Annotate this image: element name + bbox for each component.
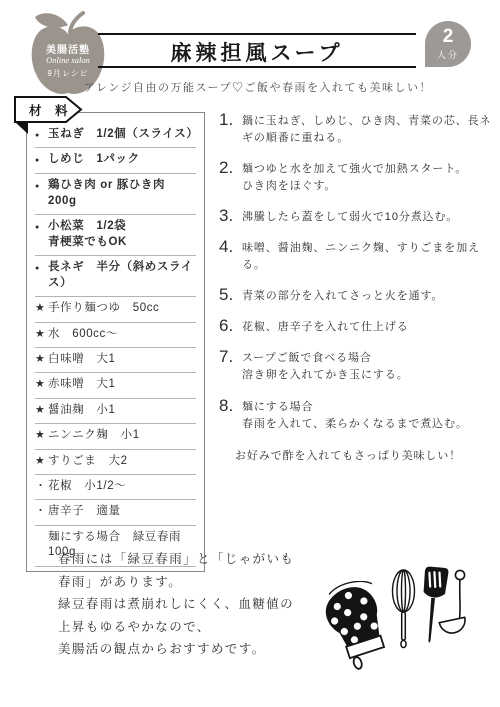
bullet: ●: [35, 260, 48, 274]
ingredients-ribbon: 材 料: [14, 95, 86, 137]
step-number: 6.: [219, 316, 242, 336]
ingredient-row: ●しめじ 1パック: [35, 148, 196, 173]
step-text: 味噌、醤油麹、ニンニク麹、すりごまを加え る。: [242, 237, 480, 274]
bullet: ・: [35, 479, 48, 494]
ingredient-row: ●長ネギ 半分（斜めスライス）: [35, 256, 196, 297]
servings-number: 2: [443, 27, 454, 46]
bullet: ●: [35, 219, 48, 233]
step-text: 沸騰したら蓋をして弱火で10分煮込む。: [242, 206, 458, 226]
ingredient-text: 醤油麹 小1: [48, 403, 116, 419]
step-6: 6.花椒、唐辛子を入れて仕上げる: [219, 316, 497, 336]
ingredient-row: ★赤味噌 大1: [35, 373, 196, 398]
step-5: 5.青菜の部分を入れてさっと火を通す。: [219, 285, 497, 305]
ingredient-text: 手作り麺つゆ 50cc: [48, 301, 159, 317]
bullet: ★: [35, 454, 48, 469]
whisk-icon: [391, 566, 416, 650]
step-text: 鍋に玉ねぎ、しめじ、ひき肉、青菜の芯、長ネ ギの順番に重ねる。: [242, 110, 491, 147]
bullet: ・: [35, 504, 48, 519]
bullet: ★: [35, 301, 48, 316]
ingredient-row: ・花椒 小1/2〜: [35, 475, 196, 500]
ingredient-row: ★水 600cc〜: [35, 323, 196, 348]
ingredient-text: ニンニク麹 小1: [48, 428, 140, 444]
ingredient-text: 花椒 小1/2〜: [48, 479, 126, 495]
step-text: スープご飯で食べる場合 溶き卵を入れてかき玉にする。: [242, 347, 409, 384]
ingredient-text: しめじ 1パック: [48, 152, 140, 168]
ingredient-text: 水 600cc〜: [48, 327, 118, 343]
bullet: ★: [35, 377, 48, 392]
recipe-subtitle: アレンジ自由の万能スープ♡ご飯や春雨を入れても美味しい！: [8, 79, 500, 95]
ingredient-row: ★すりごま 大2: [35, 450, 196, 475]
step-8: 8.麺にする場合 春雨を入れて、柔らかくなるまで煮込む。: [219, 396, 497, 433]
bullet: ●: [35, 152, 48, 166]
step-4: 4.味噌、醤油麹、ニンニク麹、すりごまを加え る。: [219, 237, 497, 274]
step-number: 5.: [219, 285, 242, 305]
ingredient-row: ★醤油麹 小1: [35, 399, 196, 424]
ingredients-label: 材 料: [29, 101, 72, 119]
ingredient-text: 赤味噌 大1: [48, 377, 116, 393]
bullet: ★: [35, 352, 48, 367]
step-3: 3.沸騰したら蓋をして弱火で10分煮込む。: [219, 206, 497, 226]
step-7: 7.スープご飯で食べる場合 溶き卵を入れてかき玉にする。: [219, 347, 497, 384]
step-number: 7.: [219, 347, 242, 384]
step-number: 4.: [219, 237, 242, 274]
step-2: 2.麺つゆと水を加えて強火で加熱スタート。 ひき肉をほぐす。: [219, 158, 497, 195]
ingredient-text: 白味噌 大1: [48, 352, 116, 368]
step-text: 麺にする場合 春雨を入れて、柔らかくなるまで煮込む。: [242, 396, 468, 433]
step-text: 花椒、唐辛子を入れて仕上げる: [242, 316, 409, 336]
ingredients-box: ●玉ねぎ 1/2個（スライス） ●しめじ 1パック ●鶏ひき肉 or 豚ひき肉 …: [26, 112, 205, 572]
ingredient-row: ●鶏ひき肉 or 豚ひき肉 200g: [35, 174, 196, 215]
page-title: 麻辣担風スープ: [98, 37, 416, 67]
step-1: 1.鍋に玉ねぎ、しめじ、ひき肉、青菜の芯、長ネ ギの順番に重ねる。: [219, 110, 497, 147]
title-rule-bottom: [98, 66, 416, 68]
step-number: 8.: [219, 396, 242, 433]
step-text: 麺つゆと水を加えて強火で加熱スタート。 ひき肉をほぐす。: [242, 158, 467, 195]
ingredient-row: ★ニンニク麹 小1: [35, 424, 196, 449]
steps-note: お好みで酢を入れてもさっぱり美味しい！: [235, 447, 497, 463]
bullet: ★: [35, 327, 48, 342]
ingredient-row: ★白味噌 大1: [35, 348, 196, 373]
bullet: ★: [35, 403, 48, 418]
ladle-icon: [433, 568, 469, 648]
ingredient-row: ・唐辛子 適量: [35, 500, 196, 525]
servings-badge: 2 人分: [425, 21, 471, 67]
ingredient-row: ★手作り麺つゆ 50cc: [35, 297, 196, 322]
ingredient-text: 長ネギ 半分（斜めスライス）: [48, 260, 196, 292]
bullet: ●: [35, 178, 48, 192]
ingredient-text: すりごま 大2: [48, 454, 128, 470]
steps-list: 1.鍋に玉ねぎ、しめじ、ひき肉、青菜の芯、長ネ ギの順番に重ねる。 2.麺つゆと…: [219, 110, 497, 463]
oven-mitt-icon: [324, 581, 394, 673]
ingredient-text: 鶏ひき肉 or 豚ひき肉 200g: [48, 178, 196, 210]
step-number: 3.: [219, 206, 242, 226]
ingredient-text: 小松菜 1/2袋 青梗菜でもOK: [48, 219, 127, 251]
step-number: 1.: [219, 110, 242, 147]
bullet: ★: [35, 428, 48, 443]
recipe-page: 美腸活塾 Online salon 9月レシピ 麻辣担風スープ アレンジ自由の万…: [0, 0, 500, 707]
servings-unit: 人分: [437, 48, 459, 61]
ingredient-text: 唐辛子 適量: [48, 504, 121, 520]
step-number: 2.: [219, 158, 242, 195]
title-rule-top: [98, 33, 416, 35]
logo-issue: 9月レシピ: [26, 68, 110, 79]
ingredient-row: ●小松菜 1/2袋 青梗菜でもOK: [35, 215, 196, 256]
footer-note: 春雨には「緑豆春雨」と「じゃがいも 春雨」があります。 緑豆春雨は煮崩れしにくく…: [58, 548, 294, 661]
step-text: 青菜の部分を入れてさっと火を通す。: [242, 285, 443, 305]
